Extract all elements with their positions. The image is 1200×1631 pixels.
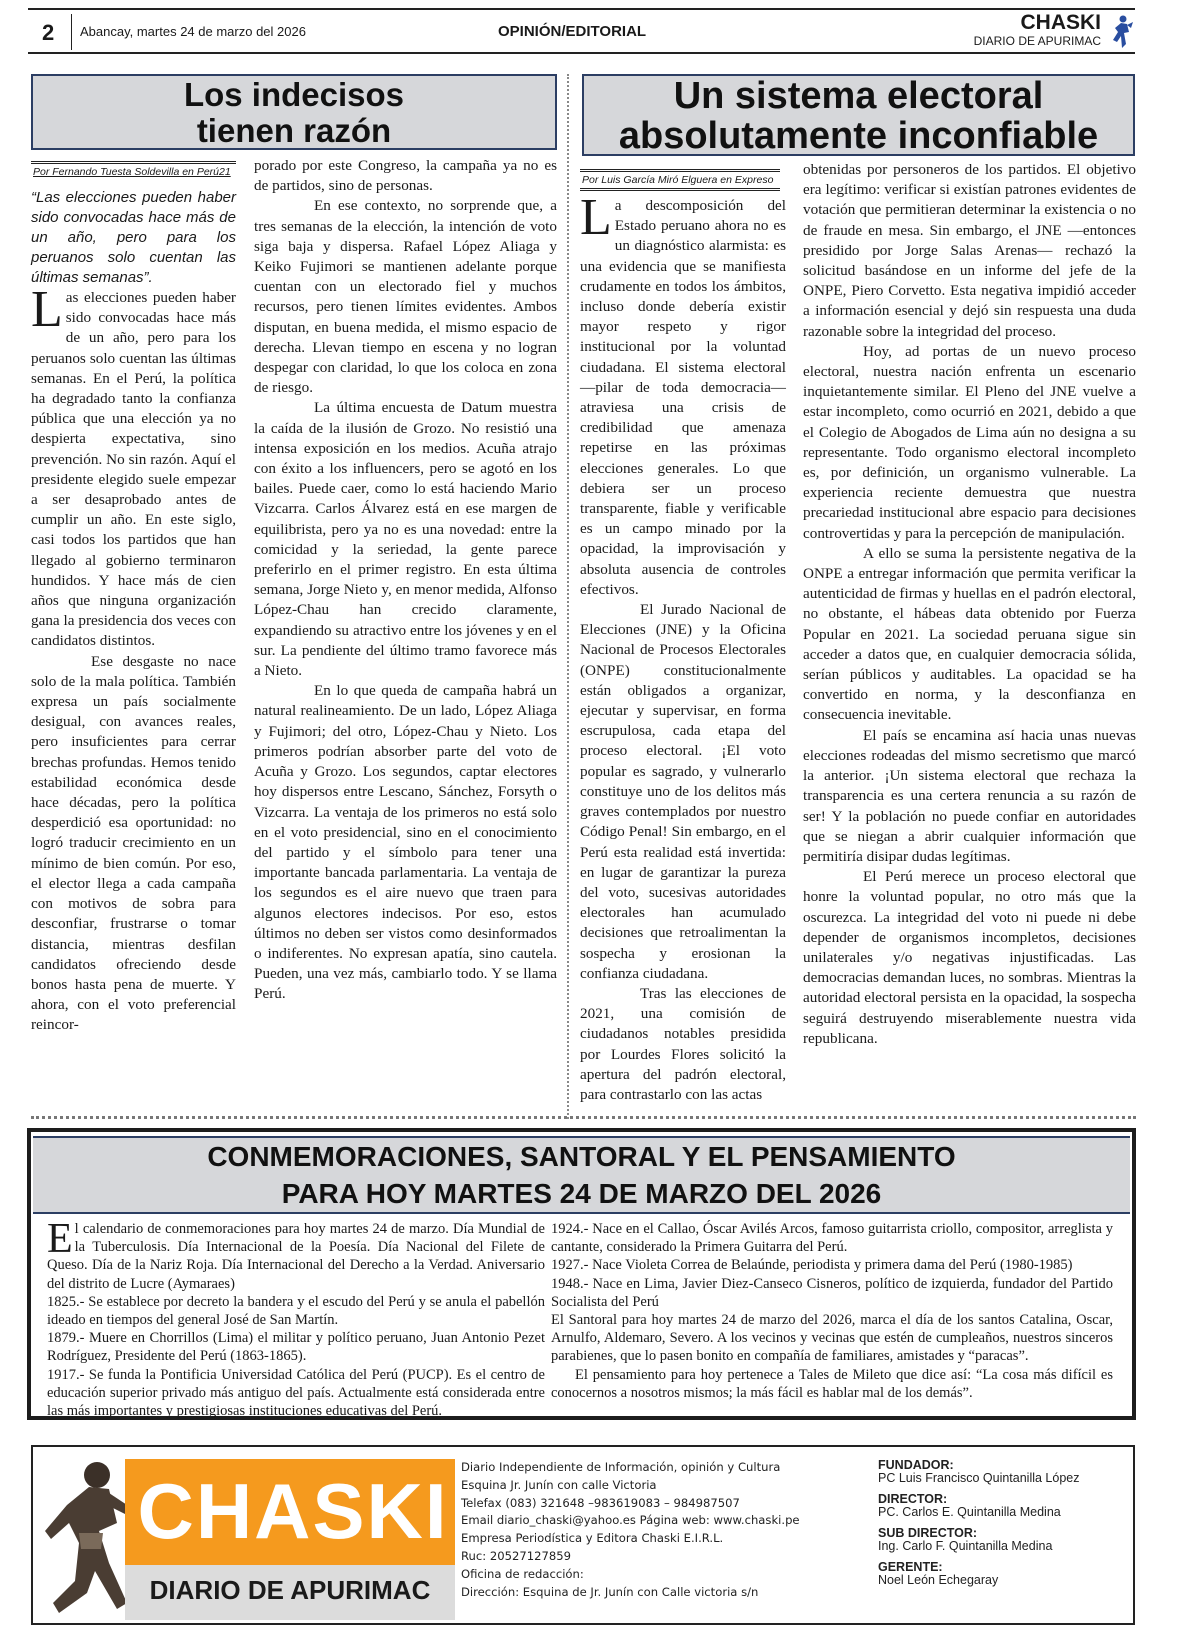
header-brand: CHASKI DIARIO DE APURIMAC — [974, 12, 1101, 48]
article2-paragraph: Hoy, ad portas de un nuevo proceso elect… — [803, 342, 1136, 544]
commemoration-item: El calendario de conmemoraciones para ho… — [47, 1220, 545, 1293]
article1-column-1: Las elecciones pueden haber sido convoca… — [31, 288, 236, 1036]
article2-title: Un sistema electoral absolutamente incon… — [582, 74, 1135, 156]
dateline: Abancay, martes 24 de marzo del 2026 — [80, 24, 306, 39]
section-label: OPINIÓN/EDITORIAL — [498, 23, 646, 40]
staff-subdirector: SUB DIRECTOR: Ing. Carlo F. Quintanilla … — [878, 1527, 1128, 1553]
info-line: Empresa Periodística y Editora Chaski E.… — [461, 1530, 861, 1548]
page-header: 2 Abancay, martes 24 de marzo del 2026 O… — [28, 8, 1135, 54]
info-line: Email diario_chaski@yahoo.es Página web:… — [461, 1512, 861, 1530]
brand-tagline: DIARIO DE APURIMAC — [974, 34, 1101, 48]
footer-credits: CHASKI DIARIO DE APURIMAC Diario Indepen… — [31, 1445, 1135, 1625]
article2-title-line1: Un sistema electoral — [584, 76, 1133, 116]
staff-director: DIRECTOR: PC. Carlos E. Quintanilla Medi… — [878, 1493, 1128, 1519]
commemoration-item: 1879.- Muere en Chorrillos (Lima) el mil… — [47, 1329, 545, 1365]
article2-paragraph: El país se encamina así hacia unas nueva… — [803, 726, 1136, 867]
commemoration-item: 1917.- Se funda la Pontificia Universida… — [47, 1366, 545, 1421]
article2-paragraph: A ello se suma la persistente negativa d… — [803, 544, 1136, 726]
commemoration-item: 1948.- Nace en Lima, Javier Diez-Canseco… — [551, 1275, 1113, 1311]
section-divider — [31, 1116, 1136, 1119]
page-number: 2 — [42, 20, 54, 46]
article2-paragraph: El Jurado Nacional de Elecciones (JNE) y… — [580, 600, 786, 984]
logo-wordmark: CHASKI — [133, 1467, 453, 1555]
article2-column-2: obtenidas por personeros de los partidos… — [803, 160, 1136, 1049]
article1-paragraph: porado por este Congreso, la campaña ya … — [254, 156, 557, 196]
info-line: Diario Independiente de Información, opi… — [461, 1459, 861, 1477]
logo-tagline: DIARIO DE APURIMAC — [125, 1575, 455, 1606]
dropcap: L — [580, 198, 615, 238]
article2-paragraph: La descomposición del Estado peruano aho… — [580, 196, 786, 600]
info-line: Oficina de redacción: — [461, 1566, 861, 1584]
commemoration-item: 1927.- Nace Violeta Correa de Belaúnde, … — [551, 1256, 1113, 1274]
article1-paragraph: En lo que queda de campaña habrá un natu… — [254, 681, 557, 1004]
article1-paragraph: La última encuesta de Datum muestra la c… — [254, 398, 557, 681]
staff-manager: GERENTE: Noel León Echegaray — [878, 1561, 1128, 1587]
article1-column-2: porado por este Congreso, la campaña ya … — [254, 156, 557, 1005]
commemorations-box: CONMEMORACIONES, SANTORAL Y EL PENSAMIEN… — [27, 1128, 1136, 1420]
chaski-runner-icon — [1109, 14, 1135, 50]
commemorations-left-column: El calendario de conmemoraciones para ho… — [47, 1220, 545, 1420]
commemoration-item: 1924.- Nace en el Callao, Óscar Avilés A… — [551, 1220, 1113, 1256]
article2-column-1: La descomposición del Estado peruano aho… — [580, 196, 786, 1105]
column-divider — [567, 74, 569, 1119]
article2-paragraph: Tras las elecciones de 2021, una comisió… — [580, 984, 786, 1105]
commemorations-title-line1: CONMEMORACIONES, SANTORAL Y EL PENSAMIEN… — [33, 1138, 1130, 1175]
info-line: Ruc: 20527127859 — [461, 1548, 861, 1566]
article2-paragraph: El Perú merece un proceso electoral que … — [803, 867, 1136, 1049]
commemoration-item: 1825.- Se establece por decreto la bande… — [47, 1293, 545, 1329]
article1-paragraph: En ese contexto, no sorprende que, a tre… — [254, 196, 557, 398]
article1-byline: Por Fernando Tuesta Soldevilla en Perú21 — [31, 161, 236, 180]
dropcap: L — [31, 290, 66, 330]
header-divider — [71, 14, 72, 50]
info-line: Telefax (083) 321648 –983619083 – 984987… — [461, 1495, 861, 1513]
info-line: Dirección: Esquina de Jr. Junín con Call… — [461, 1584, 861, 1602]
article1-title: Los indecisos tienen razón — [31, 74, 557, 150]
article1-paragraph: Las elecciones pueden haber sido convoca… — [31, 288, 236, 652]
article2-title-line2: absolutamente inconfiable — [584, 116, 1133, 156]
article1-title-line2: tienen razón — [33, 113, 555, 149]
staff-list: FUNDADOR: PC Luis Francisco Quintanilla … — [878, 1459, 1128, 1595]
brand-name: CHASKI — [974, 12, 1101, 34]
article1-title-line1: Los indecisos — [33, 77, 555, 113]
info-line: Esquina Jr. Junín con calle Victoria — [461, 1477, 861, 1495]
article1-paragraph: Ese desgaste no nace solo de la mala pol… — [31, 652, 236, 1036]
publisher-info: Diario Independiente de Información, opi… — [461, 1459, 861, 1601]
dropcap: E — [47, 1222, 75, 1256]
commemorations-title: CONMEMORACIONES, SANTORAL Y EL PENSAMIEN… — [33, 1136, 1130, 1214]
article1-lead-quote: “Las elecciones pueden haber sido convoc… — [31, 188, 236, 288]
commemorations-title-line2: PARA HOY MARTES 24 DE MARZO DEL 2026 — [33, 1175, 1130, 1212]
staff-founder: FUNDADOR: PC Luis Francisco Quintanilla … — [878, 1459, 1128, 1485]
santoral: El Santoral para hoy martes 24 de marzo … — [551, 1311, 1113, 1366]
article2-byline: Por Luis García Miró Elguera en Expreso — [580, 169, 780, 191]
pensamiento: El pensamiento para hoy pertenece a Tale… — [551, 1366, 1113, 1402]
commemorations-right-column: 1924.- Nace en el Callao, Óscar Avilés A… — [551, 1220, 1113, 1402]
article2-paragraph: obtenidas por personeros de los partidos… — [803, 160, 1136, 342]
